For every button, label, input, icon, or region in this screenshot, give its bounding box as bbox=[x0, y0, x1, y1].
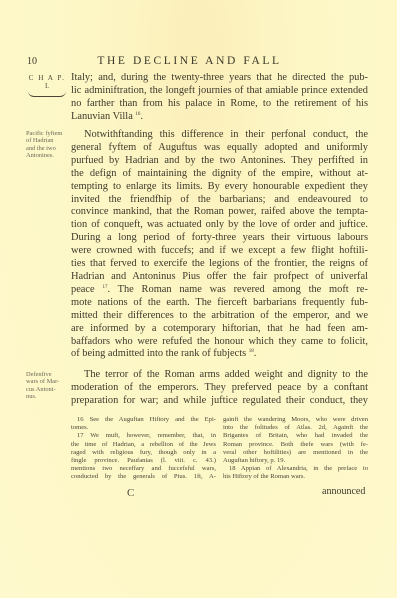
chapter-marker: C H A P. I. bbox=[26, 74, 68, 97]
margin-note-line: wars of Mar- bbox=[26, 378, 70, 385]
text-line: Hadrian and Antoninus Pius offer the fai… bbox=[71, 271, 368, 284]
text-line: the defign of maintaining the dignity of… bbox=[71, 168, 368, 181]
text-line: lic adminiftration, the longeft journies… bbox=[71, 85, 368, 98]
footnote-line: mentions two neceffary and fuccefsful wa… bbox=[71, 465, 216, 473]
footnote-line: 18 Appian of Alexandria, in the preface … bbox=[223, 465, 368, 473]
text-line: general fyftem of Auguftus was equally a… bbox=[71, 142, 368, 155]
text-line: no farther than from his palace in Rome,… bbox=[71, 98, 368, 111]
text-line: mitted their differences to the arbitrat… bbox=[71, 310, 368, 323]
text-line: moderation of the emperors. They preferv… bbox=[71, 382, 368, 395]
text-line: The terror of the Roman arms added weigh… bbox=[71, 369, 368, 382]
text-span: peace bbox=[71, 284, 95, 295]
text-span: Lanuvian Villa bbox=[71, 111, 133, 122]
book-page: 10 THE DECLINE AND FALL C H A P. I. Paci… bbox=[0, 0, 397, 598]
margin-note-line: nus. bbox=[26, 393, 70, 400]
footnote-line: into the folitudes of Atlas. 2d, Againft… bbox=[223, 424, 368, 432]
text-span: of being admitted into the rank of fubje… bbox=[71, 348, 246, 359]
margin-note-line: Antonines. bbox=[26, 152, 70, 159]
footnote-line: 16 See the Auguftan Hiftory and the Epi- bbox=[71, 416, 216, 424]
margin-note-line: and the two bbox=[26, 145, 70, 152]
text-line: During a long period of forty-three year… bbox=[71, 232, 368, 245]
text-line: ties that ferved to exercife the legions… bbox=[71, 258, 368, 271]
text-line: Notwithftanding this difference in their… bbox=[71, 129, 368, 142]
chapter-label: C H A P. bbox=[29, 74, 66, 82]
margin-note-line: Pacific fyftem bbox=[26, 130, 70, 137]
footnotes-left-column: 16 See the Auguftan Hiftory and the Epi-… bbox=[71, 416, 216, 482]
text-line: tempting to enlarge its limits. By every… bbox=[71, 181, 368, 194]
text-line: peace 17. The Roman name was revered amo… bbox=[71, 284, 368, 297]
footnote-line: fingle province. Paufanias (l. viii. c. … bbox=[71, 457, 216, 465]
footnote-line: 17 We muft, however, remember, that, in bbox=[71, 432, 216, 440]
running-title: THE DECLINE AND FALL bbox=[27, 55, 352, 67]
text-line: invited the friendfhip of the barbarians… bbox=[71, 194, 368, 207]
brace-ornament bbox=[28, 91, 66, 97]
text-line: tion of conqueft, was actuated only by t… bbox=[71, 219, 368, 232]
signature-mark: C bbox=[127, 487, 134, 499]
footnotes: 16 See the Auguftan Hiftory and the Epi-… bbox=[71, 416, 368, 482]
footnote-ref: 16 bbox=[135, 112, 140, 117]
margin-note-pacific-system: Pacific fyftem of Hadrian and the two An… bbox=[26, 130, 70, 160]
footnote-line: the time of Hadrian, a rebellion of the … bbox=[71, 441, 216, 449]
footnote-line: gainft the wandering Moors, who were dri… bbox=[223, 416, 368, 424]
footnote-line: tomes. bbox=[71, 424, 216, 432]
text-line: mote nations of the earth. The fierceft … bbox=[71, 297, 368, 310]
footnote-line: his Hiftory of the Roman wars. bbox=[223, 473, 368, 481]
text-line: Lanuvian Villa 16. bbox=[71, 111, 368, 124]
running-head: 10 THE DECLINE AND FALL bbox=[27, 56, 352, 70]
footnote-line: conducted by the generals of Pius. 1ft, … bbox=[71, 473, 216, 481]
footnote-line: Roman province. Both thefe wars (with fe… bbox=[223, 441, 368, 449]
catchword: announced bbox=[322, 486, 365, 497]
footnote-ref: 18 bbox=[249, 349, 254, 354]
text-line: baffadors who were refufed the honour wh… bbox=[71, 336, 368, 349]
paragraph-2: Notwithftanding this difference in their… bbox=[71, 129, 368, 361]
footnotes-right-column: gainft the wandering Moors, who were dri… bbox=[223, 416, 368, 482]
text-line: preparation for war; and while juftice r… bbox=[71, 395, 368, 408]
text-line: convince mankind, that the Roman power, … bbox=[71, 206, 368, 219]
margin-note-line: cus Antoni- bbox=[26, 386, 70, 393]
paragraph-1: Italy; and, during the twenty-three year… bbox=[71, 72, 368, 124]
chapter-number: I. bbox=[26, 82, 68, 90]
text-line: of being admitted into the rank of fubje… bbox=[71, 348, 368, 361]
text-line: were crowned with fuccefs; and if we exc… bbox=[71, 245, 368, 258]
footnote-line: Auguftan hiftory, p. 19. bbox=[223, 457, 368, 465]
footnote-line: Brigantes of Britain, who had invaded th… bbox=[223, 432, 368, 440]
text-span: . The Roman name was revered among the m… bbox=[107, 284, 368, 295]
text-line: purfued by Hadrian and by the two Antoni… bbox=[71, 155, 368, 168]
paragraph-3: The terror of the Roman arms added weigh… bbox=[71, 369, 368, 408]
margin-note-line: Defenfive bbox=[26, 371, 70, 378]
text-line: Italy; and, during the twenty-three year… bbox=[71, 72, 368, 85]
margin-note-line: of Hadrian bbox=[26, 137, 70, 144]
text-line: are informed by a cotemporary hiftorian,… bbox=[71, 323, 368, 336]
footnote-line: veral other hoftilities) are mentioned i… bbox=[223, 449, 368, 457]
margin-note-defensive-wars: Defenfive wars of Mar- cus Antoni- nus. bbox=[26, 371, 70, 401]
footnote-line: raged with religious fury, though only i… bbox=[71, 449, 216, 457]
